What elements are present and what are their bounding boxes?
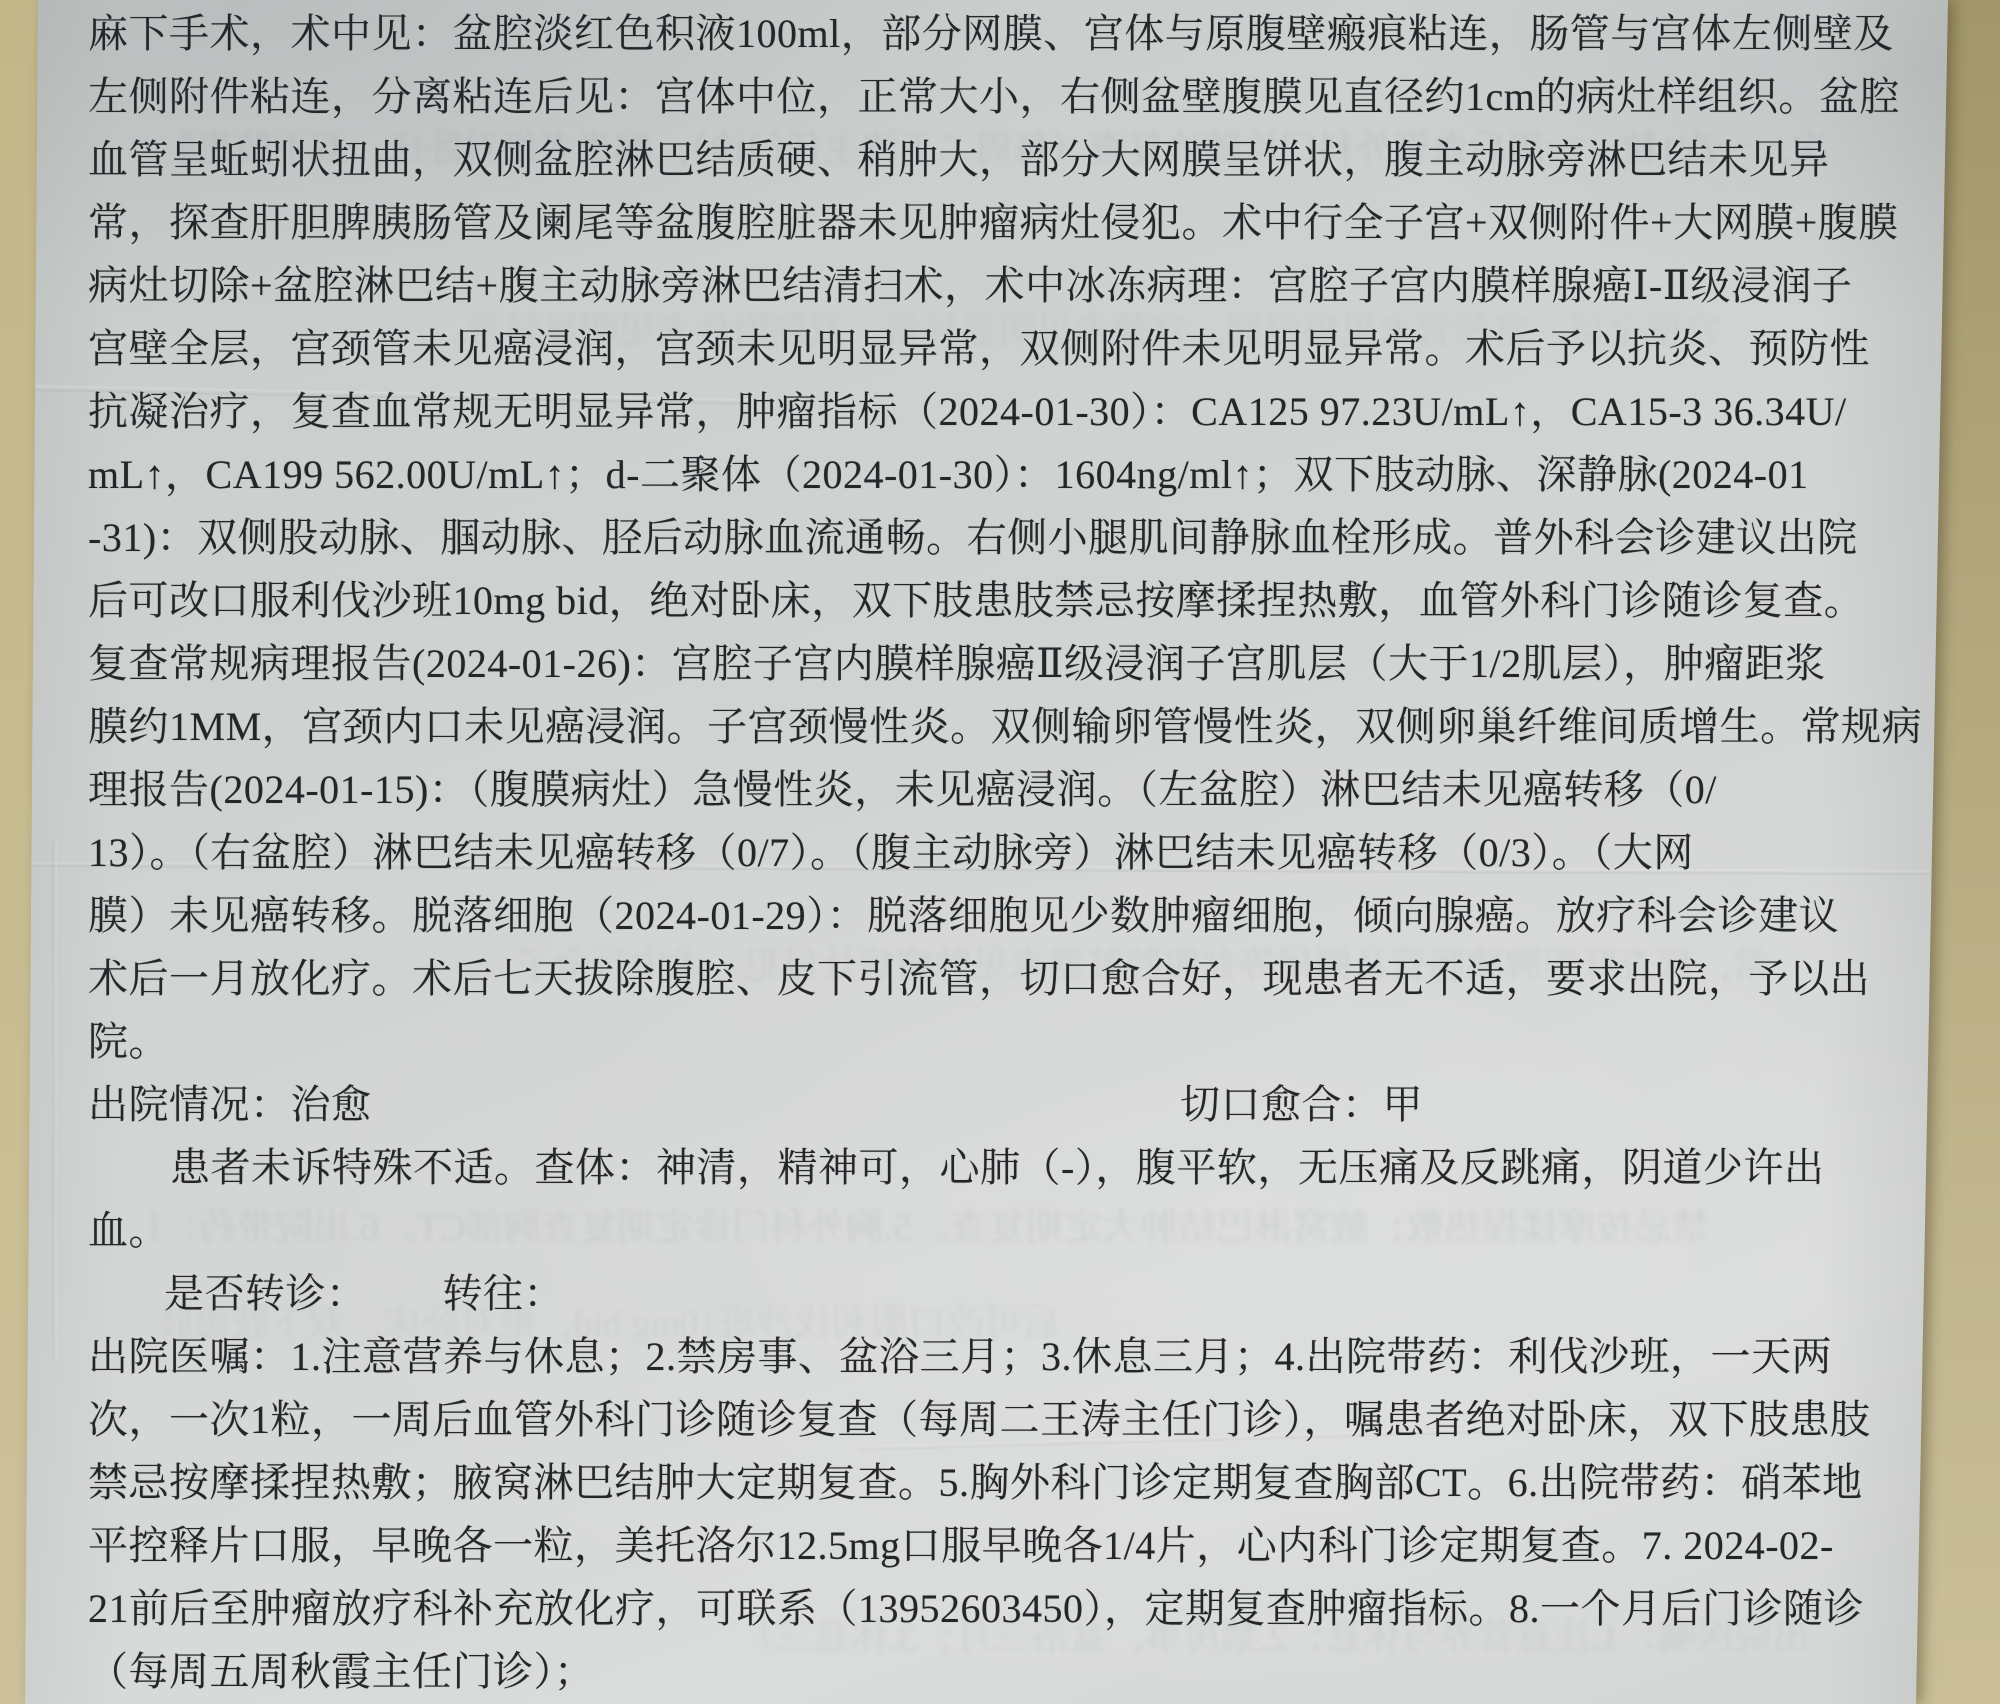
orders-text-line: 出院医嘱：1.注意营养与休息；2.禁房事、盆浴三月；3.休息三月；4.出院带药：… (88, 1325, 1898, 1388)
course-text-line: 复查常规病理报告(2024-01-26)：宫腔子宫内膜样腺癌Ⅱ级浸润子宫肌层（大… (88, 632, 1898, 695)
course-text-line: 常，探查肝胆脾胰肠管及阑尾等盆腹腔脏器未见肿瘤病灶侵犯。术中行全子宫+双侧附件+… (88, 191, 1898, 254)
course-text-line: 膜约1MM，宫颈内口未见癌浸润。子宫颈慢性炎。双侧输卵管慢性炎，双侧卵巢纤维间质… (88, 695, 1898, 758)
document-text: 麻下手术，术中见：盆腔淡红色积液100ml，部分网膜、宫体与原腹壁瘢痕粘连，肠管… (88, 2, 1898, 1703)
paper-wrapper: 次，一次1粒，一周后血管外科门诊随诊复查（每周二王涛主任门诊），嘱患者绝对卧床，… (0, 0, 2000, 1704)
course-text-line: 麻下手术，术中见：盆腔淡红色积液100ml，部分网膜、宫体与原腹壁瘢痕粘连，肠管… (88, 2, 1898, 65)
course-text-line: mL↑，CA199 562.00U/mL↑；d-二聚体（2024-01-30）：… (88, 443, 1898, 506)
course-text-line: -31)：双侧股动脉、腘动脉、胫后动脉血流通畅。右侧小腿肌间静脉血栓形成。普外科… (88, 506, 1898, 569)
paper-crease (52, 840, 57, 1360)
course-text-line: 宫壁全层，宫颈管未见癌浸润，宫颈未见明显异常，双侧附件未见明显异常。术后予以抗炎… (88, 317, 1898, 380)
exam-text-line: 血。 (88, 1199, 1898, 1262)
course-text-line: 理报告(2024-01-15)：（腹膜病灶）急慢性炎，未见癌浸润。（左盆腔）淋巴… (88, 758, 1898, 821)
orders-text-line: 21前后至肿瘤放疗科补充放化疗，可联系（13952603450），定期复查肿瘤指… (88, 1577, 1898, 1640)
course-text-line: 后可改口服利伐沙班10mg bid，绝对卧床，双下肢患肢禁忌按摩揉捏热敷，血管外… (88, 569, 1898, 632)
referral-question-label: 是否转诊： (164, 1271, 367, 1316)
incision-healing-value: 甲 (1383, 1082, 1424, 1127)
course-text-line: 抗凝治疗，复查血常规无明显异常，肿瘤指标（2024-01-30）：CA125 9… (88, 380, 1898, 443)
course-text-line: 院。 (88, 1010, 1898, 1073)
referral-destination-label: 转往： (443, 1271, 565, 1316)
discharge-status: 出院情况：治愈 (88, 1082, 372, 1127)
course-text-line: 膜）未见癌转移。脱落细胞（2024-01-29）：脱落细胞见少数肿瘤细胞，倾向腺… (88, 884, 1898, 947)
orders-text-line: 次，一次1粒，一周后血管外科门诊随诊复查（每周二王涛主任门诊），嘱患者绝对卧床，… (88, 1388, 1898, 1451)
incision-healing: 切口愈合：甲 (1180, 1073, 1423, 1136)
course-text-line: 术后一月放化疗。术后七天拔除腹腔、皮下引流管，切口愈合好，现患者无不适，要求出院… (88, 947, 1898, 1010)
exam-text-line: 患者未诉特殊不适。查体：神清，精神可，心肺（-），腹平软，无压痛及反跳痛，阴道少… (88, 1136, 1898, 1199)
orders-text-line: 平控释片口服，早晚各一粒，美托洛尔12.5mg口服早晚各1/4片，心内科门诊定期… (88, 1514, 1898, 1577)
discharge-status-label: 出院情况： (88, 1082, 291, 1127)
discharge-status-value: 治愈 (291, 1082, 372, 1127)
course-text-line: 血管呈蚯蚓状扭曲，双侧盆腔淋巴结质硬、稍肿大，部分大网膜呈饼状，腹主动脉旁淋巴结… (88, 128, 1898, 191)
incision-healing-label: 切口愈合： (1180, 1082, 1383, 1127)
course-text-line: 13）。（右盆腔）淋巴结未见癌转移（0/7）。（腹主动脉旁）淋巴结未见癌转移（0… (88, 821, 1898, 884)
course-text-line: 左侧附件粘连，分离粘连后见：宫体中位，正常大小，右侧盆壁腹膜见直径约1cm的病灶… (88, 65, 1898, 128)
status-line: 出院情况：治愈 切口愈合：甲 (88, 1073, 1898, 1136)
orders-text-line: （每周五周秋霞主任门诊）； (88, 1640, 1898, 1703)
course-text-line: 病灶切除+盆腔淋巴结+腹主动脉旁淋巴结清扫术，术中冰冻病理：宫腔子宫内膜样腺癌Ⅰ… (88, 254, 1898, 317)
referral-line: 是否转诊：转往： (88, 1262, 1898, 1325)
orders-text-line: 禁忌按摩揉捏热敷；腋窝淋巴结肿大定期复查。5.胸外科门诊定期复查胸部CT。6.出… (88, 1451, 1898, 1514)
paper-document: 次，一次1粒，一周后血管外科门诊随诊复查（每周二王涛主任门诊），嘱患者绝对卧床，… (0, 0, 2000, 1704)
